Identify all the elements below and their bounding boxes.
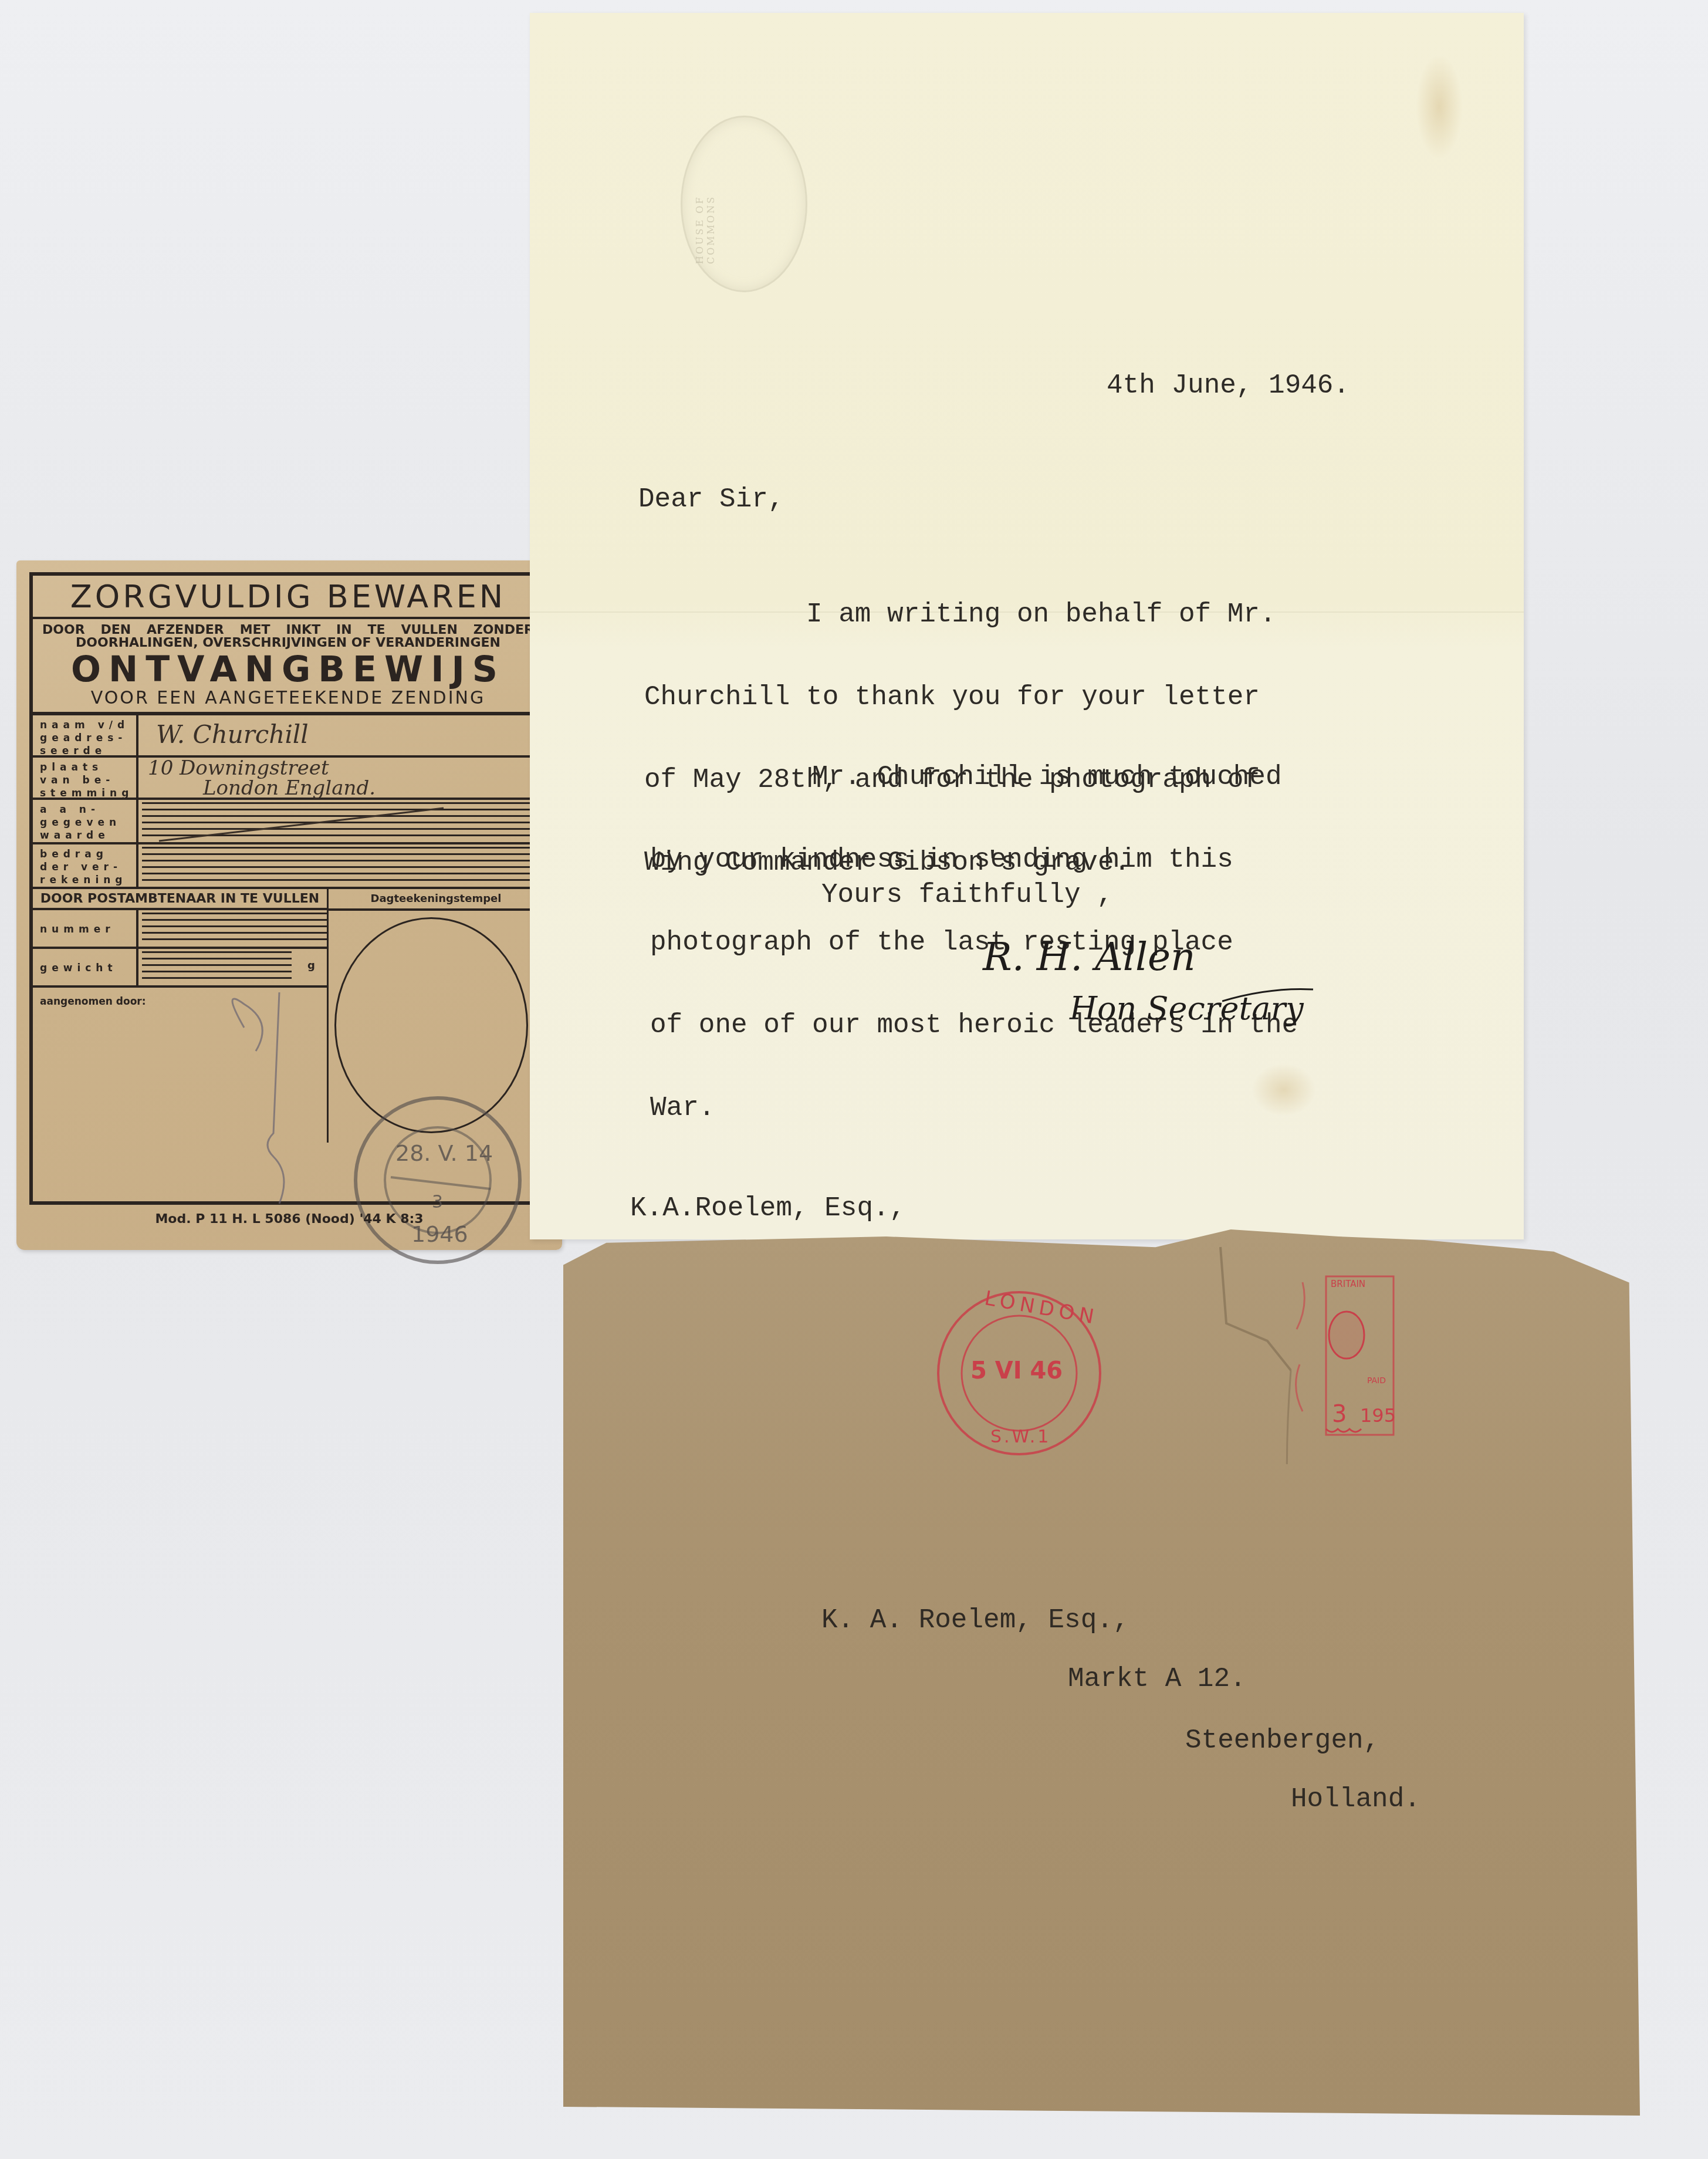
meter-paid: PAID [1367, 1376, 1386, 1386]
envelope-address-line: Steenbergen, [1185, 1725, 1379, 1756]
paragraph-line: photograph of the last resting place [650, 929, 1298, 957]
cancellation-number: 3 [432, 1192, 443, 1212]
paragraph-line: War. [650, 1094, 1298, 1122]
field-label: plaats van be- stemming [33, 758, 138, 798]
meter-value: 3 [1332, 1401, 1347, 1428]
envelope-address-line: Markt A 12. [1068, 1664, 1246, 1694]
field-value-area [138, 844, 543, 887]
paragraph-line: Churchill to thank you for your letter [644, 684, 1276, 711]
receipt-frame: ZORGVULDIG BEWAREN DOOR DEN AFZENDER MET… [29, 572, 547, 1205]
field-addressee: naam v/d geadres- seerde W. Churchill [33, 715, 543, 758]
official-section-heading: DOOR POSTAMBTENAAR IN TE VULLEN [33, 889, 327, 910]
field-number: nummer [33, 910, 327, 949]
meter-number: 195 [1360, 1404, 1396, 1427]
postage-meter-mark: BRITAIN PAID 3 195 [1285, 1271, 1396, 1447]
field-label: naam v/d geadres- seerde [33, 715, 138, 755]
strike-through-line [156, 805, 449, 846]
receipt-form-number: Mod. P 11 H. L 5086 (Nood) '44 K 8:3 [16, 1212, 562, 1227]
field-value-area: W. Churchill [138, 715, 543, 755]
receipt-instructions: DOOR DEN AFZENDER MET INKT IN TE VULLEN … [33, 619, 543, 650]
field-declared-value: a a n- gegeven waarde [33, 800, 543, 844]
registered-mail-receipt: ZORGVULDIG BEWAREN DOOR DEN AFZENDER MET… [16, 560, 562, 1250]
field-settlement-amount: bedrag der ver- rekening [33, 844, 543, 889]
field-value-area [138, 910, 327, 947]
date-stamp-header: Dagteekeningstempel [329, 889, 543, 911]
envelope: LONDON 5 VI 46 S.W.1 BRITAIN PAID 3 195 … [563, 1229, 1640, 2116]
paragraph-line: Mr. Churchill is much touched [650, 763, 1298, 791]
field-value-area [138, 800, 543, 842]
letter-paragraph-2: Mr. Churchill is much touched by your ki… [650, 708, 1298, 1177]
embossed-seal-text: HOUSE OF COMMONS [694, 153, 716, 264]
envelope-address-line: Holland. [1291, 1784, 1420, 1815]
receipt-subheading: VOOR EEN AANGETEEKENDE ZENDING [33, 688, 543, 715]
ruled-lines [142, 913, 327, 944]
field-label: bedrag der ver- rekening [33, 844, 138, 887]
cancellation-postmark: 28. V. 14 3 1946 [350, 1092, 526, 1268]
postmark-date: 5 VI 46 [970, 1357, 1063, 1384]
embossed-seal-icon: HOUSE OF COMMONS [681, 116, 807, 292]
letter-closing: Yours faithfully , [821, 881, 1113, 909]
signature-flourish [1222, 987, 1316, 1005]
field-label: a a n- gegeven waarde [33, 800, 138, 842]
ruled-lines [142, 847, 543, 884]
weight-unit: g [307, 959, 315, 972]
letter-salutation: Dear Sir, [638, 486, 784, 513]
paragraph-line: I am writing on behalf of Mr. [644, 601, 1276, 629]
field-label: gewicht [33, 949, 138, 985]
letter-date: 4th June, 1946. [1107, 372, 1350, 400]
signature: R. H. Allen [983, 934, 1196, 979]
field-destination: plaats van be- stemming 10 Downingstreet… [33, 758, 543, 800]
meter-country: BRITAIN [1331, 1279, 1365, 1289]
london-postmark: LONDON 5 VI 46 S.W.1 [934, 1288, 1104, 1458]
letter: HOUSE OF COMMONS 4th June, 1946. Dear Si… [530, 13, 1524, 1239]
receipt-title: ZORGVULDIG BEWAREN [33, 576, 543, 619]
pencil-scribble [209, 981, 356, 1209]
field-value-area: g [138, 949, 327, 985]
field-label: nummer [33, 910, 138, 947]
address-line: K.A.Roelem, Esq., [630, 1195, 905, 1222]
postmark-district: S.W.1 [990, 1427, 1051, 1447]
cancellation-date: 28. V. 14 [395, 1140, 493, 1166]
addressee-handwriting: W. Churchill [156, 720, 309, 749]
paragraph-line: by your kindness in sending him this [650, 846, 1298, 874]
paper-stain [1416, 54, 1463, 160]
field-value-area: 10 Downingstreet London England. [138, 758, 543, 798]
receipt-heading: ONTVANGBEWIJS [33, 651, 543, 688]
destination-line2: London England. [203, 776, 376, 800]
ruled-lines [142, 951, 292, 983]
envelope-address-line: K. A. Roelem, Esq., [821, 1605, 1129, 1636]
